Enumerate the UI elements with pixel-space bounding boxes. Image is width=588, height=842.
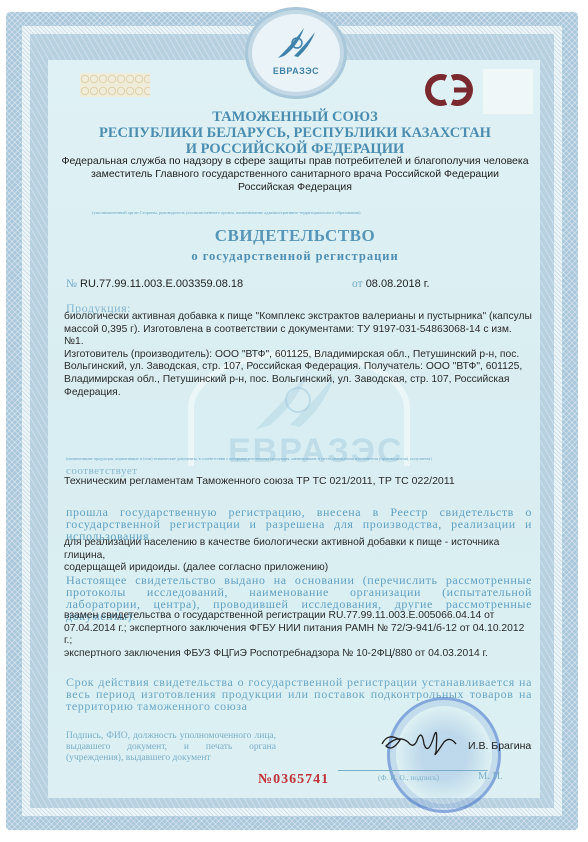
number-label: №	[66, 278, 77, 290]
product-description: биологически активная добавка к пище "Ко…	[64, 311, 532, 399]
form-serial-number: №0365741	[258, 772, 329, 788]
eurasec-emblem-icon	[276, 26, 316, 60]
hologram-patch	[483, 69, 533, 114]
product-line: массой 0,395 г). Изготовлена в соответст…	[64, 324, 532, 349]
watermark-text: ЕВРАЗЭС	[228, 432, 404, 471]
document-subtitle: о государственной регистрации	[60, 249, 530, 264]
product-line: Вольгинский, ул. Заводская, стр. 107, Ро…	[64, 361, 532, 374]
usage-line: для реализации населению в качестве биол…	[64, 537, 532, 562]
date-label: от	[352, 278, 363, 290]
basis-line: экспертного заключения ФБУЗ ФЦГиЭ Роспот…	[64, 648, 532, 661]
eurasec-emblem: ЕВРАЗЭС	[248, 10, 344, 96]
registration-date: 08.08.2018 г.	[366, 278, 430, 290]
document-title: СВИДЕТЕЛЬСТВО	[60, 226, 530, 246]
basis-documents: взамен свидетельства о государственной р…	[64, 610, 532, 660]
conformity-mark-icon	[422, 70, 478, 110]
union-header: ТАМОЖЕННЫЙ СОЮЗ РЕСПУБЛИКИ БЕЛАРУСЬ, РЕС…	[60, 109, 530, 157]
product-line: биологически активная добавка к пище "Ко…	[64, 311, 532, 324]
header-line-1: ТАМОЖЕННЫЙ СОЮЗ	[60, 109, 530, 125]
registration-number-row: № RU.77.99.11.003.Е.003359.08.18	[66, 278, 243, 290]
product-line: Изготовитель (производитель): ООО "ВТФ",…	[64, 349, 532, 362]
registration-number: RU.77.99.11.003.Е.003359.08.18	[80, 278, 243, 290]
emblem-label: ЕВРАЗЭС	[252, 66, 340, 76]
hologram-sticker-icon	[80, 73, 150, 97]
header-line-2: РЕСПУБЛИКИ БЕЛАРУСЬ, РЕСПУБЛИКИ КАЗАХСТА…	[60, 125, 530, 141]
basis-line: 07.04.2014 г.; экспертного заключения ФГ…	[64, 623, 532, 648]
signature-line	[338, 770, 488, 771]
registration-date-row: от 08.08.2018 г.	[352, 278, 430, 290]
product-line: Федерация.	[64, 387, 532, 400]
issuing-authority: Федеральная служба по надзору в сфере за…	[60, 155, 530, 194]
fio-caption: (Ф. И. О., подпись)	[378, 773, 439, 782]
signature-label: Подпись, ФИО, должность уполномоченного …	[66, 731, 276, 764]
basis-line: взамен свидетельства о государственной р…	[64, 610, 532, 623]
signer-name: И.В. Брагина	[468, 740, 531, 752]
authority-caption: (уполномоченный орган Стороны, руководит…	[92, 210, 360, 215]
authority-line-3: Российская Федерация	[60, 181, 530, 194]
product-caption: (наименование продукции, нормативные и (…	[66, 456, 432, 461]
authority-line-1: Федеральная служба по надзору в сфере за…	[60, 155, 530, 168]
handwritten-signature-icon	[378, 722, 468, 760]
seal-place-label: М. П.	[478, 771, 503, 782]
product-line: Владимирская обл., Петушинский р-н, пос.…	[64, 374, 532, 387]
authority-line-2: заместитель Главного государственного са…	[60, 168, 530, 181]
usage-description: для реализации населению в качестве биол…	[64, 537, 532, 575]
conformity-text: Техническим регламентам Таможенного союз…	[64, 475, 532, 488]
